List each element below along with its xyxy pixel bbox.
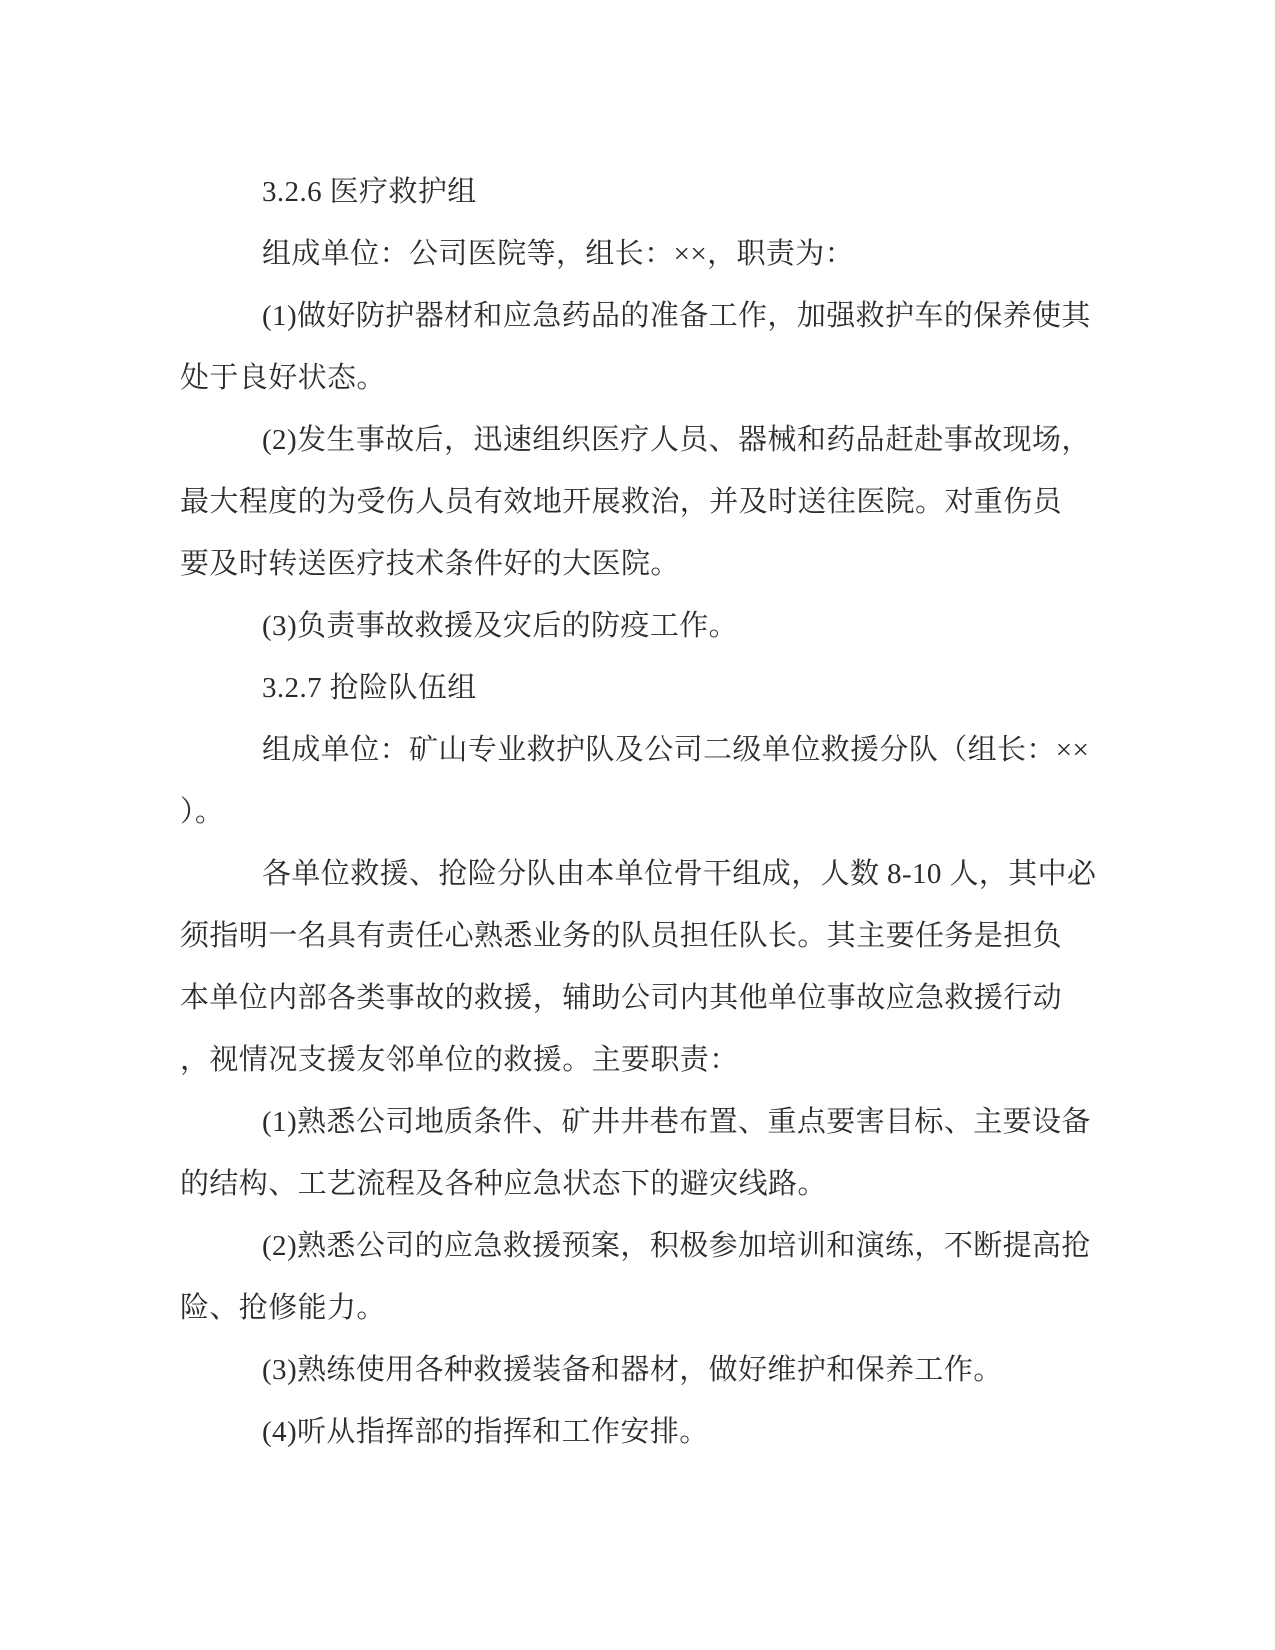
text-line: 组成单位：矿山专业救护队及公司二级单位救援分队（组长：××: [180, 719, 1075, 781]
text-line: (4)听从指挥部的指挥和工作安排。: [180, 1401, 1075, 1463]
text-line: (3)负责事故救援及灾后的防疫工作。: [180, 595, 1075, 657]
paragraph: 组成单位：矿山专业救护队及公司二级单位救援分队（组长：×× ）。: [180, 719, 1075, 843]
text-line: (1)熟悉公司地质条件、矿井井巷布置、重点要害目标、主要设备: [180, 1091, 1075, 1153]
text-line: (2)熟悉公司的应急救援预案，积极参加培训和演练，不断提高抢: [180, 1215, 1075, 1277]
heading-text: 3.2.6 医疗救护组: [180, 161, 1075, 223]
text-line: 本单位内部各类事故的救援，辅助公司内其他单位事故应急救援行动: [180, 967, 1075, 1029]
text-line: 须指明一名具有责任心熟悉业务的队员担任队长。其主要任务是担负: [180, 905, 1075, 967]
paragraph: (2)发生事故后，迅速组织医疗人员、器械和药品赶赴事故现场， 最大程度的为受伤人…: [180, 409, 1075, 595]
paragraph: 各单位救援、抢险分队由本单位骨干组成，人数 8-10 人，其中必 须指明一名具有…: [180, 843, 1075, 1091]
paragraph: (3)熟练使用各种救援装备和器材，做好维护和保养工作。: [180, 1339, 1075, 1401]
text-line: 处于良好状态。: [180, 347, 1075, 409]
text-line: 的结构、工艺流程及各种应急状态下的避灾线路。: [180, 1153, 1075, 1215]
paragraph: (1)熟悉公司地质条件、矿井井巷布置、重点要害目标、主要设备 的结构、工艺流程及…: [180, 1091, 1075, 1215]
section-heading-3-2-7: 3.2.7 抢险队伍组: [180, 657, 1075, 719]
heading-text: 3.2.7 抢险队伍组: [180, 657, 1075, 719]
text-line: 最大程度的为受伤人员有效地开展救治，并及时送往医院。对重伤员: [180, 471, 1075, 533]
paragraph: (1)做好防护器材和应急药品的准备工作，加强救护车的保养使其 处于良好状态。: [180, 285, 1075, 409]
text-line: 要及时转送医疗技术条件好的大医院。: [180, 533, 1075, 595]
paragraph: (4)听从指挥部的指挥和工作安排。: [180, 1401, 1075, 1463]
text-line: (2)发生事故后，迅速组织医疗人员、器械和药品赶赴事故现场，: [180, 409, 1075, 471]
text-line: (1)做好防护器材和应急药品的准备工作，加强救护车的保养使其: [180, 285, 1075, 347]
text-line: ）。: [180, 781, 1075, 843]
text-line: 各单位救援、抢险分队由本单位骨干组成，人数 8-10 人，其中必: [180, 843, 1075, 905]
text-line: 险、抢修能力。: [180, 1277, 1075, 1339]
paragraph: 组成单位：公司医院等，组长：××，职责为：: [180, 223, 1075, 285]
paragraph: (3)负责事故救援及灾后的防疫工作。: [180, 595, 1075, 657]
text-line: (3)熟练使用各种救援装备和器材，做好维护和保养工作。: [180, 1339, 1075, 1401]
text-line: ，视情况支援友邻单位的救援。主要职责：: [180, 1029, 1075, 1091]
section-heading-3-2-6: 3.2.6 医疗救护组: [180, 161, 1075, 223]
paragraph: (2)熟悉公司的应急救援预案，积极参加培训和演练，不断提高抢 险、抢修能力。: [180, 1215, 1075, 1339]
document-page: 3.2.6 医疗救护组 组成单位：公司医院等，组长：××，职责为： (1)做好防…: [0, 0, 1275, 1650]
text-line: 组成单位：公司医院等，组长：××，职责为：: [180, 223, 1075, 285]
